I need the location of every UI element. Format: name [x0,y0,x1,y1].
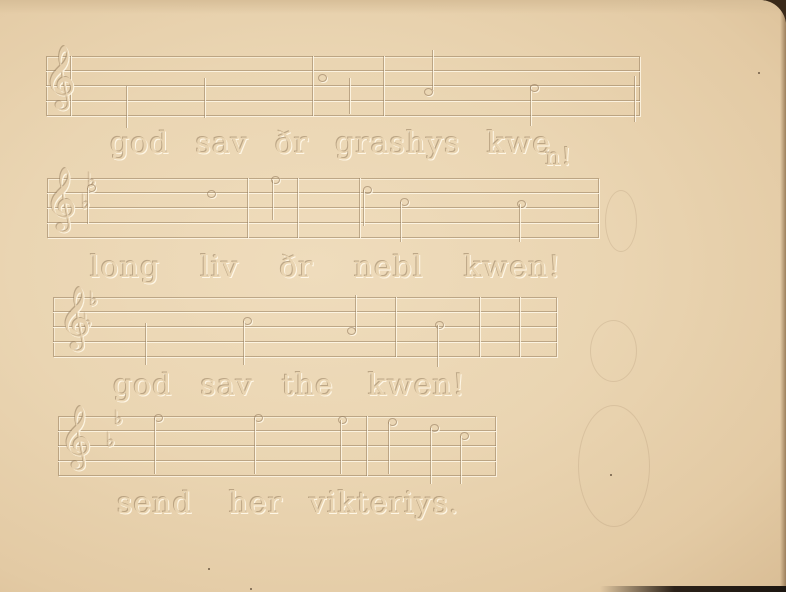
note-head [154,414,163,422]
lyric-line-2: longlivðrneblkwen! [90,250,588,285]
lyric-word: vikteriys. [309,486,459,521]
bar-line [297,178,298,238]
lyric-word: grashys [335,126,461,161]
flat-icon: ♭ [81,192,90,212]
note-stem [530,86,531,126]
note-stem [349,78,350,114]
flat-icon: ♭ [114,408,123,428]
lyric-suffix: n! [545,143,572,171]
lyric-word: kwen! [464,250,562,285]
lyric-word: nebl [354,250,424,285]
bar-line [247,178,248,238]
staff-frame [53,297,557,357]
note-head [430,424,439,432]
lyric-word: god [113,368,172,403]
note-head [318,74,327,82]
staff-2: ♭ ♭ 𝄞 [47,178,599,238]
paper-page: 𝄞 godsavðrgrashyskwen! ♭ ♭ 𝄞 longlivðrne… [0,0,786,592]
bar-line [479,297,480,357]
bar-line [312,56,313,116]
note-head [400,198,409,206]
staff-line [46,100,640,101]
paper-speck [208,568,210,570]
treble-clef-icon: 𝄞 [44,50,76,104]
note-stem [355,295,356,331]
staff-frame [46,56,640,116]
bar-line [383,56,384,116]
treble-clef-icon: 𝄞 [60,410,92,464]
lyric-word: kwen! [368,368,466,403]
note-stem [363,190,364,226]
bar-line [519,297,520,357]
lyric-word: god [110,126,169,161]
lyric-word: long [90,250,160,285]
note-head [388,418,397,426]
note-head [530,84,539,92]
lyric-word: send [117,486,193,521]
lyric-word: ðr [275,126,309,161]
staff-3: ♭ ♭ 𝄞 [53,297,557,357]
lyric-word: kwe [487,126,552,161]
staff-1: 𝄞 [46,56,640,116]
page-edge-right [780,0,786,592]
note-head [207,190,216,198]
lyric-line-1: godsavðrgrashyskwen! [110,126,598,161]
staff-4: ♭ ♭ 𝄞 [58,416,496,476]
staff-line [53,326,557,327]
note-head [243,317,252,325]
paper-speck [250,588,252,590]
note-stem [430,428,431,484]
staff-line [47,222,599,223]
treble-clef-icon: 𝄞 [59,291,91,345]
staff-line [46,70,640,71]
treble-clef-icon: 𝄞 [45,172,77,226]
staff-line [47,207,599,208]
ghost-emboss-1 [605,190,637,252]
lyric-word: the [282,368,334,403]
lyric-word: liv [200,250,239,285]
top-shadow [0,0,786,14]
paper-speck [610,474,612,476]
note-head [424,88,433,96]
flat-icon: ♭ [106,430,115,450]
paper-speck [758,72,760,74]
note-stem [340,420,341,474]
note-stem [87,188,88,224]
staff-line [53,341,557,342]
page-edge-bottom [600,586,786,592]
lyric-word: sav [195,126,248,161]
note-stem [154,418,155,474]
lyric-line-4: sendhervikteriys. [117,486,485,521]
note-head [87,184,96,192]
lyric-word: sav [200,368,253,403]
staff-line [46,85,640,86]
note-stem [243,321,244,365]
staff-frame [47,178,599,238]
note-stem [432,50,433,90]
note-stem [460,436,461,484]
staff-line [47,192,599,193]
bar-line [395,297,396,357]
ghost-emboss-2 [590,320,637,382]
note-head [460,432,469,440]
ghost-emboss-3 [578,405,650,527]
bar-line [359,178,360,238]
note-stem [437,325,438,367]
lyric-word: ðr [279,250,313,285]
note-stem [145,323,146,365]
note-stem [519,204,520,242]
note-stem [204,78,205,118]
note-stem [634,76,635,122]
lyric-word: her [229,486,283,521]
note-stem [126,86,127,128]
bar-line [366,416,367,476]
note-stem [272,180,273,220]
staff-line [53,311,557,312]
note-stem [254,418,255,474]
note-head [254,414,263,422]
note-stem [400,202,401,242]
note-stem [388,422,389,474]
note-head [363,186,372,194]
lyric-line-3: godsavthekwen! [113,368,492,403]
